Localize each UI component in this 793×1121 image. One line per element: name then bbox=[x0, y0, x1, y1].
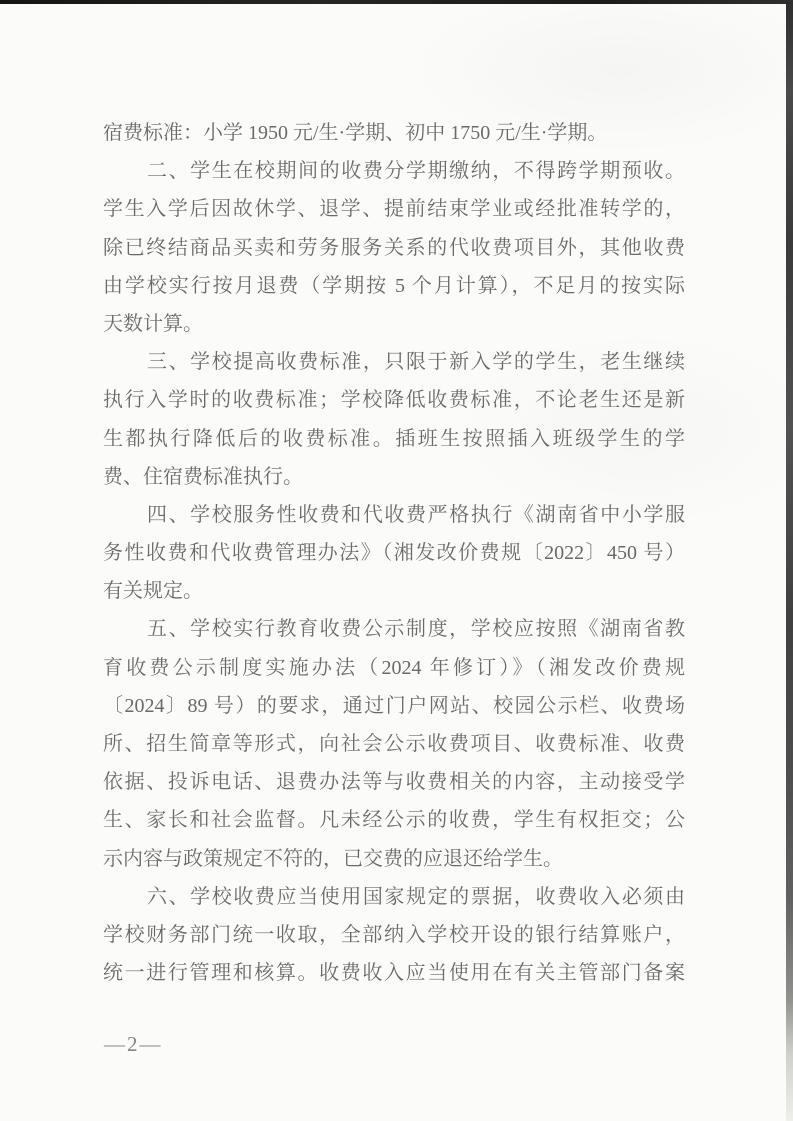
text-line: 费、住宿费标准执行。 bbox=[103, 458, 685, 496]
document-text-block: 宿费标准：小学 1950 元/生·学期、初中 1750 元/生·学期。二、学生在… bbox=[103, 114, 685, 992]
text-line: 有关规定。 bbox=[103, 572, 685, 610]
text-line: 依据、投诉电话、退费办法等与收费相关的内容，主动接受学 bbox=[103, 763, 685, 801]
text-line: 统一进行管理和核算。收费收入应当使用在有关主管部门备案 bbox=[103, 954, 685, 992]
scanned-document-page: 宿费标准：小学 1950 元/生·学期、初中 1750 元/生·学期。二、学生在… bbox=[0, 0, 793, 1121]
text-line: 六、学校收费应当使用国家规定的票据，收费收入必须由 bbox=[103, 878, 685, 916]
text-line: 学校财务部门统一收取，全部纳入学校开设的银行结算账户， bbox=[103, 916, 685, 954]
text-line: 生都执行降低后的收费标准。插班生按照插入班级学生的学 bbox=[103, 420, 685, 458]
scan-artifact-right-edge bbox=[786, 2, 793, 1121]
text-line: 三、学校提高收费标准，只限于新入学的学生，老生继续 bbox=[103, 343, 685, 381]
text-line: 学生入学后因故休学、退学、提前结束学业或经批准转学的， bbox=[103, 190, 685, 228]
text-line: 育收费公示制度实施办法（2024 年修订）》（湘发改价费规 bbox=[103, 649, 685, 687]
text-line: 二、学生在校期间的收费分学期缴纳，不得跨学期预收。 bbox=[103, 152, 685, 190]
text-line: 生、家长和社会监督。凡未经公示的收费，学生有权拒交；公 bbox=[103, 801, 685, 839]
text-line: 所、招生简章等形式，向社会公示收费项目、收费标准、收费 bbox=[103, 725, 685, 763]
text-line: 〔2024〕89 号）的要求，通过门户网站、校园公示栏、收费场 bbox=[103, 687, 685, 725]
text-line: 务性收费和代收费管理办法》（湘发改价费规〔2022〕450 号） bbox=[103, 534, 685, 572]
page-number: —2— bbox=[104, 1029, 163, 1059]
text-line: 五、学校实行教育收费公示制度，学校应按照《湖南省教 bbox=[103, 610, 685, 648]
text-line: 天数计算。 bbox=[103, 305, 685, 343]
text-line: 除已终结商品买卖和劳务服务关系的代收费项目外，其他收费 bbox=[103, 229, 685, 267]
text-line: 示内容与政策规定不符的，已交费的应退还给学生。 bbox=[103, 840, 685, 878]
text-line: 宿费标准：小学 1950 元/生·学期、初中 1750 元/生·学期。 bbox=[103, 114, 685, 152]
text-line: 由学校实行按月退费（学期按 5 个月计算），不足月的按实际 bbox=[103, 267, 685, 305]
text-line: 执行入学时的收费标准；学校降低收费标准，不论老生还是新 bbox=[103, 381, 685, 419]
scan-artifact-top-edge bbox=[0, 0, 793, 4]
text-line: 四、学校服务性收费和代收费严格执行《湖南省中小学服 bbox=[103, 496, 685, 534]
